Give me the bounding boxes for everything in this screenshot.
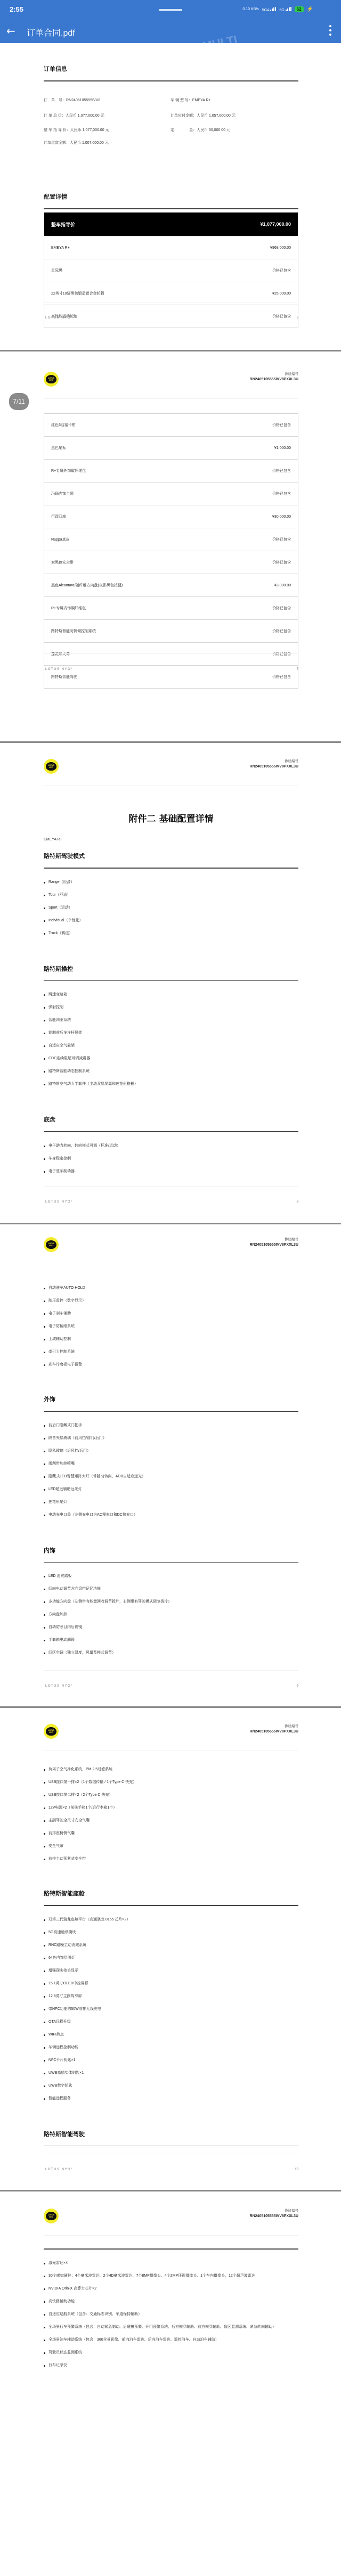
list-item: 弹射控制 xyxy=(44,1004,298,1011)
list-item: 自适应空气悬架 xyxy=(44,1043,298,1049)
row-label: R+专属外饰碳纤维包 xyxy=(51,468,86,473)
list-item: UWB高精实体钥匙×1 xyxy=(44,2070,298,2076)
page-footer: LOTUS NYO° 8 xyxy=(44,1186,298,1207)
row-label: Nappa真皮 xyxy=(51,537,70,542)
pdf-page-10: LOTUSNYO 协议编号RN2405105555IVV8PXXL3U 负离子空… xyxy=(0,1708,341,2187)
agreement-label: 协议编号 xyxy=(250,2209,298,2214)
row-label: 炭黑色安全带 xyxy=(51,560,74,565)
feature-list: 两速变速箱弹射控制智能四驱系统铝制前后多连杆悬架自适应空气悬架CDC连续阻尼可调… xyxy=(44,992,298,1087)
table-row: 路特斯智能防侧倾控制系统价格已包含 xyxy=(44,619,298,642)
config-table: 红色6活塞卡钳价格已包含黑色尾标¥1,000.00R+专属外饰碳纤维包价格已包含… xyxy=(44,413,298,689)
page-footer: LOTUS NYO° 7 xyxy=(44,653,298,675)
list-item: 电子刹车辅助 xyxy=(44,1311,298,1317)
list-item: Sport（运动） xyxy=(44,905,298,911)
app-bar: ← 订单合同.pdf xyxy=(0,21,341,43)
list-item: 路特斯空气动力学套件（主动双层尾翼和莲花形格栅） xyxy=(44,1081,298,1087)
list-item: 前排主动预紧式安全带 xyxy=(44,1856,298,1862)
row-value: 价格已包含 xyxy=(272,468,291,473)
list-item: WIFI热点 xyxy=(44,2032,298,2038)
payable-amount: 订单应付金额：人民币 1,057,000.00 元 xyxy=(170,113,236,118)
list-item: 自动驻车AUTO HOLD xyxy=(44,1285,298,1291)
row-label: 玛瑙内饰主题 xyxy=(51,491,74,496)
row-label: 22英寸10辐黑色锻造铝合金轮毂 xyxy=(51,291,104,296)
section-title: 路特斯驾驶模式 xyxy=(44,852,298,860)
list-item: 电子防翻滚系统 xyxy=(44,1323,298,1330)
list-item: 全场景行车预警系统（包含：自动紧急制动、后碰撞预警、开门预警系统、后方横穿辅助、… xyxy=(44,2324,298,2330)
lotus-logo: LOTUSNYO xyxy=(44,1724,59,1739)
signal-5ga-icon: 5GA xyxy=(262,7,277,12)
list-item: 驾驶员状态监测系统 xyxy=(44,2350,298,2356)
msrp: 整 车 指 导 价：人民币 1,077,000.00 元 xyxy=(44,127,109,133)
row-label: R+专属内饰碳纤维包 xyxy=(51,606,86,611)
list-item: USB接口第一排×2（1个数据传输 / 1个Type C 快充） xyxy=(44,1779,298,1786)
list-item: 多功能方向盘（左侧带有能量回收调节拨片，右侧带有驾驶模式调节拨片） xyxy=(44,1599,298,1605)
list-item: 隐私玻璃（后风挡/后门） xyxy=(44,1448,298,1454)
list-item: 铝制前后多连杆悬架 xyxy=(44,1030,298,1036)
list-item: 行车记录仪 xyxy=(44,2362,298,2369)
list-item: 方向盘加热 xyxy=(44,1612,298,1618)
feature-list: 激光雷达×430个感知硬件：4个毫米波雷达、2个4D毫米波雷达、7个8MP摄像头… xyxy=(44,2260,298,2375)
table-row: R+专属外饰碳纤维包价格已包含 xyxy=(44,459,298,482)
list-item: 激光雷达×4 xyxy=(44,2260,298,2267)
footer-brand: LOTUS NYO° xyxy=(45,2168,73,2171)
row-value: 价格已包含 xyxy=(272,674,291,680)
lotus-logo: LOTUSNYO xyxy=(44,1237,59,1252)
deposit: 定 金：人民币 50,000.00 元 xyxy=(170,127,230,133)
list-item: 上坡辅助控制 xyxy=(44,1336,298,1343)
page-number: 10 xyxy=(295,2168,298,2171)
table-row: 炭黑色安全带价格已包含 xyxy=(44,551,298,574)
list-item: 高快路辅助功能 xyxy=(44,2299,298,2305)
list-item: Tour（舒适） xyxy=(44,892,298,898)
document-title: 订单合同.pdf xyxy=(27,26,75,38)
feature-sections: 负离子空气净化系统，PM 2.5过滤系统USB接口第一排×2（1个数据传输 / … xyxy=(44,1767,298,2178)
row-label: 路特斯智能驾驶 xyxy=(51,674,77,680)
top-bar: 2:55 0.10 KB/s 5GA 5G 62 ⚡ ← 订单合同.pdf xyxy=(0,0,341,43)
agreement-number: RN2405105555IVV8PXXL3U xyxy=(250,2214,298,2219)
list-item: 增强现实抬头显示 xyxy=(44,1968,298,1974)
table-row: R+专属内饰碳纤维包价格已包含 xyxy=(44,596,298,619)
row-value: 价格已包含 xyxy=(272,422,291,428)
balance-due: 订单尾款金额：人民币 1,007,000.00 元 xyxy=(44,140,109,145)
row-label: 行政四座 xyxy=(51,514,66,519)
status-time: 2:55 xyxy=(10,5,23,13)
list-item: Track（赛道） xyxy=(44,930,298,937)
page-footer: LOTUS NYO° 10 xyxy=(44,2154,298,2175)
section-rule xyxy=(44,1131,298,1132)
lotus-logo: LOTUSNYO xyxy=(44,372,59,387)
list-item: 四向电动调节方向盘带记忆功能 xyxy=(44,1586,298,1592)
more-options-icon[interactable] xyxy=(329,25,332,36)
row-label: 黑色Alcantara/碳纤维方向盘(夜影黑色按键) xyxy=(51,583,123,588)
table-row: EMEYA R+¥968,000.00 xyxy=(44,236,298,259)
agreement-number: RN2405105555IVV8PXXL3U xyxy=(250,1729,298,1735)
list-item: 30个感知硬件：4个毫米波雷达、2个4D毫米波雷达、7个8MP摄像头、4个2MP… xyxy=(44,2273,298,2279)
list-item: 电子驻车制动器 xyxy=(44,1168,298,1175)
feature-list: 前后门隐藏式门把手隔音夹层玻璃（前风挡/前门/后门）隐私玻璃（后风挡/后门）雨刮… xyxy=(44,1422,298,1518)
list-item: 隔音夹层玻璃（前风挡/前门/后门） xyxy=(44,1435,298,1442)
list-item: 前后门隐藏式门把手 xyxy=(44,1422,298,1429)
list-item: 12.6英寸主副驾窄屏 xyxy=(44,1993,298,2000)
agreement-number: RN2405105555IVV8PXXL3U xyxy=(250,764,298,770)
row-value: 价格已包含 xyxy=(272,537,291,542)
list-item: 主副驾驶全尺寸安全气囊 xyxy=(44,1818,298,1824)
table-header-row: 整车指导价¥1,077,000.00 xyxy=(44,212,298,236)
list-item: RNC路噪主动消减系统 xyxy=(44,1942,298,1949)
list-item: 四区空调（独立温度，风量及模式调节） xyxy=(44,1650,298,1656)
order-number: 订 单 号：RN2405105555IVV8 xyxy=(44,97,100,103)
footer-brand: LOTUS NYO° xyxy=(45,1684,73,1688)
agreement-label: 协议编号 xyxy=(250,1724,298,1729)
list-item: Range（经济） xyxy=(44,879,298,886)
list-item: 负离子空气净化系统，PM 2.5过滤系统 xyxy=(44,1767,298,1773)
section-title: 底盘 xyxy=(44,1115,298,1124)
feature-sections: 路特斯驾驶模式Range（经济）Tour（舒适）Sport（运动）Individ… xyxy=(44,852,298,1203)
list-item: 雨刮带加热喷嘴 xyxy=(44,1461,298,1467)
list-item: OTA远程升级 xyxy=(44,2019,298,2025)
list-item: NVIDIA Orin-X 高算力芯片×2 xyxy=(44,2286,298,2292)
section-rule xyxy=(44,1562,298,1563)
page-header: LOTUSNYO 协议编号RN2405105555IVV8PXXL3U xyxy=(44,372,298,404)
net-speed: 0.10 KB/s xyxy=(242,7,258,11)
list-item: Individual（个性化） xyxy=(44,918,298,924)
list-item: 双第三代骁龙座舱平台（高通骁龙 8155 芯片×2） xyxy=(44,1917,298,1923)
row-label: 星际黑 xyxy=(51,268,62,273)
section-rule xyxy=(44,80,298,81)
list-item: CDC连续阻尼可调减震器 xyxy=(44,1056,298,1062)
section-rule xyxy=(44,868,298,869)
page-header: LOTUSNYO 协议编号RN2405105555IVV8PXXL3U xyxy=(44,2209,298,2240)
pdf-page-6: 订单信息 订 单 号：RN2405105555IVV8 车 辆 型 号：EMEY… xyxy=(0,43,341,351)
row-value: ¥30,000.00 xyxy=(272,515,291,519)
footer-brand: LOTUS NYO° xyxy=(45,1200,73,1204)
lotus-logo: LOTUSNYO xyxy=(44,2209,59,2223)
list-item: 15.1英寸OLED中控屏幕 xyxy=(44,1981,298,1987)
row-label: EMEYA R+ xyxy=(51,246,70,250)
pdf-page-7: LOTUSNYO 协议编号RN2405105555IVV8PXXL3U 红色6活… xyxy=(0,351,341,698)
table-row: 红色6活塞卡钳价格已包含 xyxy=(44,413,298,436)
table-row: 黑色尾标¥1,000.00 xyxy=(44,436,298,459)
page-header: LOTUSNYO 协议编号RN2405105555IVV8PXXL3U xyxy=(44,1724,298,1756)
row-value: ¥25,000.00 xyxy=(272,292,291,296)
agreement-number: RN2405105555IVV8PXXL3U xyxy=(250,377,298,382)
list-item: 电动充电口盖（左侧充电口为AC慢充口和DC快充口） xyxy=(44,1512,298,1518)
signal-5g-icon: 5G xyxy=(279,7,291,12)
model-name: EMEYA R+ xyxy=(44,838,62,841)
page-number: 8 xyxy=(297,1200,298,1204)
table-row: 黑色Alcantara/碳纤维方向盘(夜影黑色按键)¥3,000.00 xyxy=(44,574,298,596)
section-title: 外饰 xyxy=(44,1395,298,1403)
list-item: 两速变速箱 xyxy=(44,992,298,998)
page-footer: LOTUS NYO° 6 xyxy=(44,302,298,323)
row-value: 价格已包含 xyxy=(272,560,291,565)
page-number: 6 xyxy=(297,316,298,320)
list-item: 胎压监控（数字显示） xyxy=(44,1298,298,1304)
agreement-label: 协议编号 xyxy=(250,1237,298,1242)
footer-brand: LOTUS NYO° xyxy=(45,668,73,671)
row-label: 黑色尾标 xyxy=(51,445,66,451)
appendix-title: 附件二 基础配置详情 xyxy=(44,811,298,824)
row-value: ¥3,000.00 xyxy=(274,584,291,587)
list-item: 隐藏式LED智慧矩阵大灯（带随动转向、ADB自适应远光） xyxy=(44,1474,298,1480)
section-title: 路特斯操控 xyxy=(44,964,298,973)
list-item: 前排座椅侧气囊 xyxy=(44,1830,298,1837)
order-info-title: 订单信息 xyxy=(44,64,298,73)
row-value: ¥968,000.00 xyxy=(270,246,291,250)
list-item: 5G高速通讯模块 xyxy=(44,1929,298,1936)
page-header: LOTUSNYO 协议编号RN2405105555IVV8PXXL3U xyxy=(44,1237,298,1269)
section-title: 路特斯智能驾驶 xyxy=(44,2130,298,2138)
page-number: 9 xyxy=(297,1684,298,1688)
section-rule xyxy=(44,2146,298,2147)
section-rule xyxy=(44,1905,298,1906)
list-item: 全场景泊车辅助系统（包含：360全景影像、前向泊车雷达、后向泊车雷达、遥控泊车、… xyxy=(44,2337,298,2343)
list-item: 车辆远程控制功能 xyxy=(44,2045,298,2051)
list-item: LED超远辅助远光灯 xyxy=(44,1486,298,1493)
row-value: 价格已包含 xyxy=(272,606,291,611)
list-item: UWB数字钥匙 xyxy=(44,2083,298,2089)
pdf-page-8: LOTUSNYO 协议编号RN2405105555IVV8PXXL3U 附件二 … xyxy=(0,743,341,1222)
section-rule xyxy=(44,2248,298,2250)
notch-pill xyxy=(159,9,182,11)
table-row: 22英寸10辐黑色锻造铝合金轮毂¥25,000.00 xyxy=(44,282,298,305)
row-label: 红色6活塞卡钳 xyxy=(51,422,76,428)
feature-list: LED 迎宾踏板四向电动调节方向盘带记忆功能多功能方向盘（左侧带有能量回收调节拨… xyxy=(44,1573,298,1656)
status-icons: 0.10 KB/s 5GA 5G 62 ⚡ xyxy=(242,6,313,12)
row-label: 路特斯智能防侧倾控制系统 xyxy=(51,628,96,634)
page-header: LOTUSNYO 协议编号RN2405105555IVV8PXXL3U xyxy=(44,759,298,791)
list-item: 电子助力转向，转向模式可调（标准/运动） xyxy=(44,1143,298,1149)
list-item: 手套箱电动解锁 xyxy=(44,1637,298,1643)
status-bar: 2:55 0.10 KB/s 5GA 5G 62 ⚡ xyxy=(0,0,341,21)
pdf-page-9: LOTUSNYO 协议编号RN2405105555IVV8PXXL3U 自动驻车… xyxy=(0,1224,341,1704)
feature-list: 电子助力转向，转向模式可调（标准/运动）车身稳定控制电子驻车制动器 xyxy=(44,1143,298,1175)
list-item: 路特斯智能动态控制系统 xyxy=(44,1068,298,1075)
section-rule xyxy=(44,208,298,209)
row-value: ¥1,077,000.00 xyxy=(260,222,291,227)
list-item: 自动防眩目内后视镜 xyxy=(44,1624,298,1631)
feature-sections: 自动驻车AUTO HOLD胎压监控（数字显示）电子刹车辅助电子防翻滚系统上坡辅助… xyxy=(44,1285,298,1684)
agreement-number: RN2405105555IVV8PXXL3U xyxy=(250,1242,298,1248)
list-item: LED 迎宾踏板 xyxy=(44,1573,298,1580)
row-value: 价格已包含 xyxy=(272,491,291,496)
section-title: 路特斯智能座舱 xyxy=(44,1889,298,1898)
table-row: 星际黑价格已包含 xyxy=(44,259,298,282)
section-rule xyxy=(44,980,298,982)
vehicle-model: 车 辆 型 号：EMEYA R+ xyxy=(170,97,211,103)
list-item: NFC卡片钥匙×1 xyxy=(44,2057,298,2064)
row-label: 整车指导价 xyxy=(51,221,75,228)
agreement-label: 协议编号 xyxy=(250,759,298,764)
row-value: ¥1,000.00 xyxy=(274,446,291,450)
section-title: 内饰 xyxy=(44,1546,298,1555)
list-item: 车身稳定控制 xyxy=(44,1156,298,1162)
list-item: 智能远程服务 xyxy=(44,2096,298,2102)
footer-brand: LOTUS NYO° xyxy=(45,316,73,320)
list-item: 自适应巡航系统（包含：交通标志识别、车道保持辅助） xyxy=(44,2311,298,2318)
charging-icon: ⚡ xyxy=(307,6,313,12)
list-item: 安全气帘 xyxy=(44,1843,298,1850)
row-value: 价格已包含 xyxy=(272,628,291,634)
page-indicator: 7/11 xyxy=(9,393,29,410)
list-item: 智能四驱系统 xyxy=(44,1017,298,1024)
list-item: 12V电源×2（前扶手箱1个/后行李箱1个） xyxy=(44,1805,298,1811)
feature-list: 负离子空气净化系统，PM 2.5过滤系统USB接口第一排×2（1个数据传输 / … xyxy=(44,1767,298,1862)
page-footer: LOTUS NYO° 9 xyxy=(44,1670,298,1691)
row-value: 价格已包含 xyxy=(272,268,291,273)
list-item: 带NFC功能的50W前排无线充电 xyxy=(44,2006,298,2013)
feature-list: 双第三代骁龙座舱平台（高通骁龙 8155 芯片×2）5G高速通讯模块RNC路噪主… xyxy=(44,1917,298,2102)
list-item: 莲花形尾灯 xyxy=(44,1499,298,1506)
config-title: 配置详情 xyxy=(44,192,298,201)
list-item: USB接口第二排×2（2个Type C 快充） xyxy=(44,1792,298,1798)
battery-icon: 62 xyxy=(295,6,304,12)
table-row: Nappa真皮价格已包含 xyxy=(44,528,298,551)
table-row: 行政四座¥30,000.00 xyxy=(44,505,298,528)
feature-list: 自动驻车AUTO HOLD胎压监控（数字显示）电子刹车辅助电子防翻滚系统上坡辅助… xyxy=(44,1285,298,1368)
list-item: 64色内饰氛围灯 xyxy=(44,1955,298,1961)
feature-list: Range（经济）Tour（舒适）Sport（运动）Individual（个性化… xyxy=(44,879,298,937)
agreement-label: 协议编号 xyxy=(250,372,298,377)
page-number: 7 xyxy=(297,668,298,671)
back-arrow-icon[interactable]: ← xyxy=(6,24,15,37)
list-item: 刹车片磨损电子报警 xyxy=(44,1362,298,1368)
list-item: 牵引力控制系统 xyxy=(44,1349,298,1355)
table-row: 玛瑙内饰主题价格已包含 xyxy=(44,482,298,505)
pdf-page-11: LOTUSNYO 协议编号RN2405105555IVV8PXXL3U 激光雷达… xyxy=(0,2191,341,2576)
order-total: 订 单 总 价：人民币 1,077,000.00 元 xyxy=(44,113,104,118)
section-rule xyxy=(44,1411,298,1412)
lotus-logo: LOTUSNYO xyxy=(44,759,59,774)
